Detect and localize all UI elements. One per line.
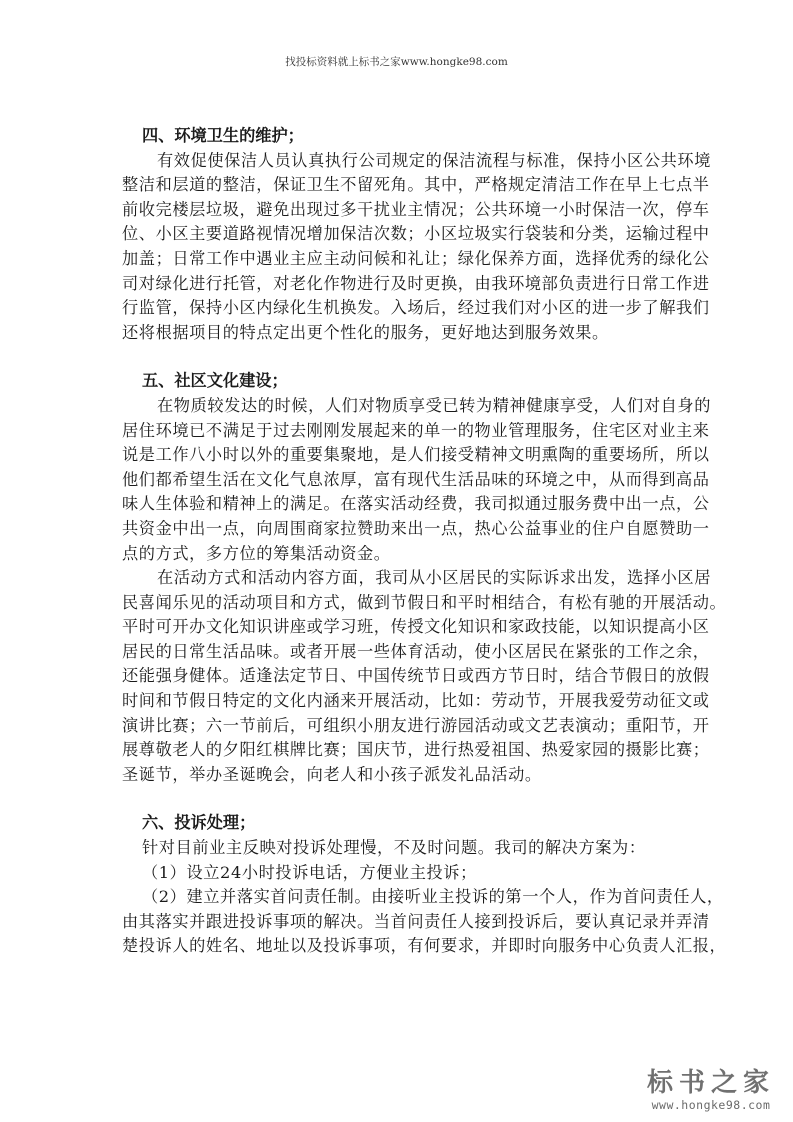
text-line: 平时可开办文化知识讲座或学习班，传授文化知识和家政技能，以知识提高小区 [122,615,682,640]
text-line: 加盖；日常工作中遇业主应主动问候和礼让；绿化保养方面，选择优秀的绿化公 [122,247,682,272]
section-gap [122,345,682,369]
text-line: 展尊敬老人的夕阳红棋牌比赛；国庆节，进行热爱祖国、热爱家园的摄影比赛； [122,738,682,763]
text-line: 前收完楼层垃圾，避免出现过多干扰业主情况；公共环境一小时保洁一次，停车 [122,198,682,223]
text-line: 整洁和层道的整洁，保证卫生不留死角。其中，严格规定清洁工作在早上七点半 [122,173,682,198]
text-line: （1）设立24小时投诉电话，方便业主投诉； [122,861,682,886]
text-line: 点的方式，多方位的筹集活动资金。 [122,542,682,567]
text-line: 行监管，保持小区内绿化生机换发。入场后，经过我们对小区的进一步了解我们 [122,296,682,321]
footer-brand: 标书之家 [636,1068,786,1098]
section-6-paragraph-1: 针对目前业主反映对投诉处理慢，不及时问题。我司的解决方案为： [122,836,682,861]
section-6-item-2: （2）建立并落实首问责任制。由接听业主投诉的第一个人，作为首问责任人， 由其落实… [122,885,682,959]
section-heading-4: 四、环境卫生的维护； [122,124,682,149]
text-line: 司对绿化进行托管，对老化作物进行及时更换，由我环境部负责进行日常工作进 [122,272,682,297]
section-gap [122,787,682,811]
text-line: 民喜闻乐见的活动项目和方式，做到节假日和平时相结合，有松有驰的开展活动。 [122,591,682,616]
text-line: 还能强身健体。适逢法定节日、中国传统节日或西方节日时，结合节假日的放假 [122,664,682,689]
section-5-paragraph-1: 在物质较发达的时候，人们对物质享受已转为精神健康享受，人们对自身的 居住环境已不… [122,394,682,566]
section-heading-6: 六、投诉处理； [122,811,682,836]
text-line: 他们都希望生活在文化气息浓厚，富有现代生活品味的环境之中，从而得到高品 [122,468,682,493]
section-6-item-1: （1）设立24小时投诉电话，方便业主投诉； [122,861,682,886]
section-heading-5: 五、社区文化建设； [122,369,682,394]
text-line: 还将根据项目的特点定出更个性化的服务，更好地达到服务效果。 [122,321,682,346]
section-5-paragraph-2: 在活动方式和活动内容方面，我司从小区居民的实际诉求出发，选择小区居 民喜闻乐见的… [122,566,682,787]
text-line: 演讲比赛；六一节前后，可组织小朋友进行游园活动或文艺表演动；重阳节，开 [122,714,682,739]
text-line: 在活动方式和活动内容方面，我司从小区居民的实际诉求出发，选择小区居 [122,566,682,591]
text-line: 楚投诉人的姓名、地址以及投诉事项，有何要求，并即时向服务中心负责人汇报， [122,934,682,959]
text-line: 由其落实并跟进投诉事项的解决。当首问责任人接到投诉后，要认真记录并弄清 [122,910,682,935]
document-body: 四、环境卫生的维护； 有效促使保洁人员认真执行公司规定的保洁流程与标准，保持小区… [122,124,682,959]
footer-url: www.hongke98.com [636,1098,786,1112]
text-line: 说是工作八小时以外的重要集聚地，是人们接受精神文明熏陶的重要场所，所以 [122,443,682,468]
text-line: 共资金中出一点，向周围商家拉赞助来出一点，热心公益事业的住户自愿赞助一 [122,517,682,542]
text-line: 位、小区主要道路视情况增加保洁次数；小区垃圾实行袋装和分类，运输过程中 [122,222,682,247]
text-line: 圣诞节，举办圣诞晚会，向老人和小孩子派发礼品活动。 [122,763,682,788]
text-line: 时间和节假日特定的文化内涵来开展活动，比如：劳动节，开展我爱劳动征文或 [122,689,682,714]
section-4-paragraph-1: 有效促使保洁人员认真执行公司规定的保洁流程与标准，保持小区公共环境 整洁和层道的… [122,149,682,346]
text-line: 居住环境已不满足于过去刚刚发展起来的单一的物业管理服务，住宅区对业主来 [122,419,682,444]
text-line: 针对目前业主反映对投诉处理慢，不及时问题。我司的解决方案为： [122,836,682,861]
page-header: 找投标资料就上标书之家www.hongke98.com [0,54,793,69]
footer-logo: 标书之家 www.hongke98.com [636,1068,786,1112]
text-line: 有效促使保洁人员认真执行公司规定的保洁流程与标准，保持小区公共环境 [122,149,682,174]
text-line: 居民的日常生活品味。或者开展一些体育活动，使小区居民在紧张的工作之余， [122,640,682,665]
text-line: 味人生体验和精神上的满足。在落实活动经费，我司拟通过服务费中出一点，公 [122,492,682,517]
text-line: （2）建立并落实首问责任制。由接听业主投诉的第一个人，作为首问责任人， [122,885,682,910]
text-line: 在物质较发达的时候，人们对物质享受已转为精神健康享受，人们对自身的 [122,394,682,419]
